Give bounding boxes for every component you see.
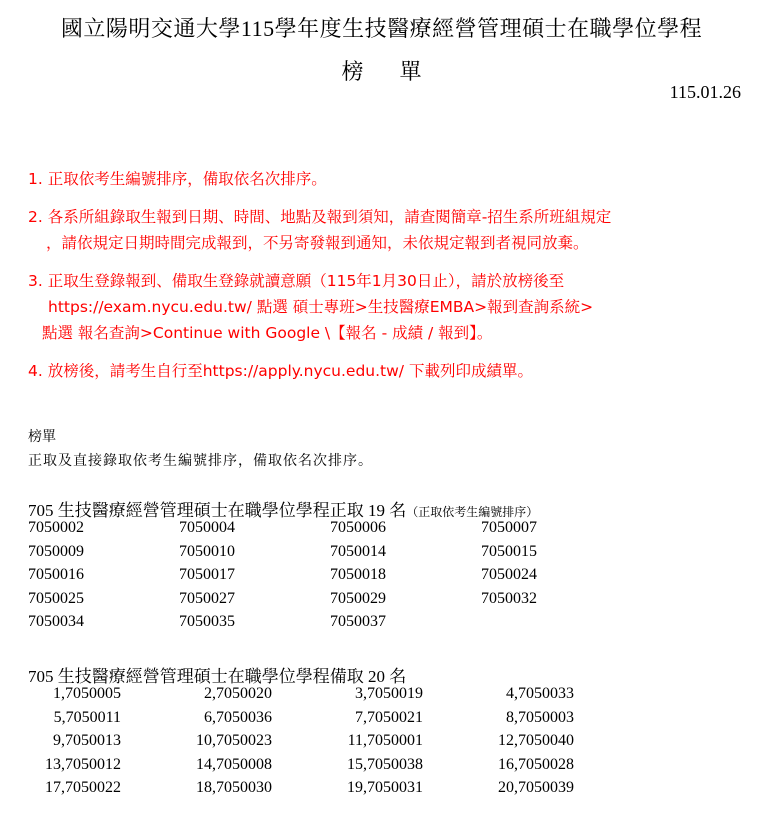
page-title: 國立陽明交通大學115學年度生技醫療經營管理碩士在職學位學程 xyxy=(0,12,763,43)
waitlist-entry: 19,7050031 xyxy=(272,779,423,797)
announcement-date: 115.01.26 xyxy=(670,82,741,103)
waitlist-entry: 2,7050020 xyxy=(121,685,272,703)
note-1: 1. 正取依考生編號排序，備取依名次排序。 xyxy=(28,166,748,192)
note-line-link: https://exam.nycu.edu.tw/ 點選 碩士專班>生技醫療EM… xyxy=(28,294,748,320)
admitted-id: 7050034 xyxy=(28,613,179,631)
waitlist-entry: 16,7050028 xyxy=(423,756,574,774)
note-line: 3. 正取生登錄報到、備取生登錄就讀意願（115年1月30日止），請於放榜後至 xyxy=(28,268,748,294)
admitted-id: 7050007 xyxy=(481,519,632,537)
admitted-id: 7050018 xyxy=(330,566,481,584)
waitlist-entry: 5,7050011 xyxy=(0,709,121,727)
admitted-id: 7050004 xyxy=(179,519,330,537)
note-line: ，請依規定日期時間完成報到，不另寄發報到通知，未依規定報到者視同放棄。 xyxy=(28,230,748,256)
waitlist-entry: 13,7050012 xyxy=(0,756,121,774)
note-line: 2. 各系所組錄取生報到日期、時間、地點及報到須知，請查閱簡章-招生系所班組規定 xyxy=(28,204,748,230)
waitlist-entry: 18,7050030 xyxy=(121,779,272,797)
admitted-id: 7050006 xyxy=(330,519,481,537)
subtitle-char: 單 xyxy=(400,55,422,86)
admitted-sort-note: （正取依考生編號排序） xyxy=(406,505,538,519)
note-line: 點選 報名查詢>Continue with Google \【報名 - 成績 /… xyxy=(28,320,748,346)
table-row: 9,705001310,705002311,705000112,7050040 xyxy=(0,732,574,756)
waitlist-entry: 7,7050021 xyxy=(272,709,423,727)
table-row: 5,70500116,70500367,70500218,7050003 xyxy=(0,709,574,733)
admitted-title-text: 705 生技醫療經營管理碩士在職學位學程正取 19 名 xyxy=(28,501,406,520)
waitlist-entry: 11,7050001 xyxy=(272,732,423,750)
waitlist-entry: 15,7050038 xyxy=(272,756,423,774)
table-row: 705003470500357050037 xyxy=(28,613,632,637)
admitted-id: 7050024 xyxy=(481,566,632,584)
waitlist-entry: 1,7050005 xyxy=(0,685,121,703)
note-2: 2. 各系所組錄取生報到日期、時間、地點及報到須知，請查閱簡章-招生系所班組規定… xyxy=(28,204,748,256)
waitlist-entry: 12,7050040 xyxy=(423,732,574,750)
table-row: 7050002705000470500067050007 xyxy=(28,519,632,543)
waitlist-list: 1,70500052,70500203,70500194,7050033 5,7… xyxy=(0,685,574,803)
admitted-id: 7050037 xyxy=(330,613,481,631)
table-row: 7050016705001770500187050024 xyxy=(28,566,632,590)
table-row: 7050009705001070500147050015 xyxy=(28,543,632,567)
waitlist-entry: 14,7050008 xyxy=(121,756,272,774)
waitlist-entry: 6,7050036 xyxy=(121,709,272,727)
waitlist-entry: 3,7050019 xyxy=(272,685,423,703)
list-description: 正取及直接錄取依考生編號排序，備取依名次排序。 xyxy=(28,450,373,470)
admitted-id: 7050027 xyxy=(179,590,330,608)
waitlist-entry: 4,7050033 xyxy=(423,685,574,703)
admitted-id: 7050016 xyxy=(28,566,179,584)
table-row: 17,705002218,705003019,705003120,7050039 xyxy=(0,779,574,803)
waitlist-section-title: 705 生技醫療經營管理碩士在職學位學程備取 20 名 xyxy=(28,662,406,687)
table-row: 13,705001214,705000815,705003816,7050028 xyxy=(0,756,574,780)
admitted-id: 7050009 xyxy=(28,543,179,561)
admitted-id: 7050025 xyxy=(28,590,179,608)
page-subtitle: 榜單 xyxy=(0,55,763,86)
admitted-id: 7050017 xyxy=(179,566,330,584)
notes-section: 1. 正取依考生編號排序，備取依名次排序。 2. 各系所組錄取生報到日期、時間、… xyxy=(28,166,748,396)
admitted-id: 7050029 xyxy=(330,590,481,608)
admitted-section-title: 705 生技醫療經營管理碩士在職學位學程正取 19 名（正取依考生編號排序） xyxy=(28,496,538,521)
admitted-id: 7050035 xyxy=(179,613,330,631)
admitted-list: 7050002705000470500067050007 70500097050… xyxy=(28,519,632,637)
admitted-id: 7050014 xyxy=(330,543,481,561)
table-row: 7050025705002770500297050032 xyxy=(28,590,632,614)
waitlist-entry: 9,7050013 xyxy=(0,732,121,750)
list-heading: 榜單 xyxy=(28,426,56,446)
admitted-id: 7050015 xyxy=(481,543,632,561)
waitlist-entry: 8,7050003 xyxy=(423,709,574,727)
admitted-id: 7050032 xyxy=(481,590,632,608)
waitlist-entry: 10,7050023 xyxy=(121,732,272,750)
note-4: 4. 放榜後，請考生自行至https://apply.nycu.edu.tw/ … xyxy=(28,358,748,384)
subtitle-char: 榜 xyxy=(341,55,363,86)
note-line: 4. 放榜後，請考生自行至https://apply.nycu.edu.tw/ … xyxy=(28,358,748,384)
waitlist-entry: 17,7050022 xyxy=(0,779,121,797)
note-line: 1. 正取依考生編號排序，備取依名次排序。 xyxy=(28,166,748,192)
note-3: 3. 正取生登錄報到、備取生登錄就讀意願（115年1月30日止），請於放榜後至 … xyxy=(28,268,748,346)
waitlist-entry: 20,7050039 xyxy=(423,779,574,797)
table-row: 1,70500052,70500203,70500194,7050033 xyxy=(0,685,574,709)
admitted-id: 7050010 xyxy=(179,543,330,561)
admitted-id: 7050002 xyxy=(28,519,179,537)
